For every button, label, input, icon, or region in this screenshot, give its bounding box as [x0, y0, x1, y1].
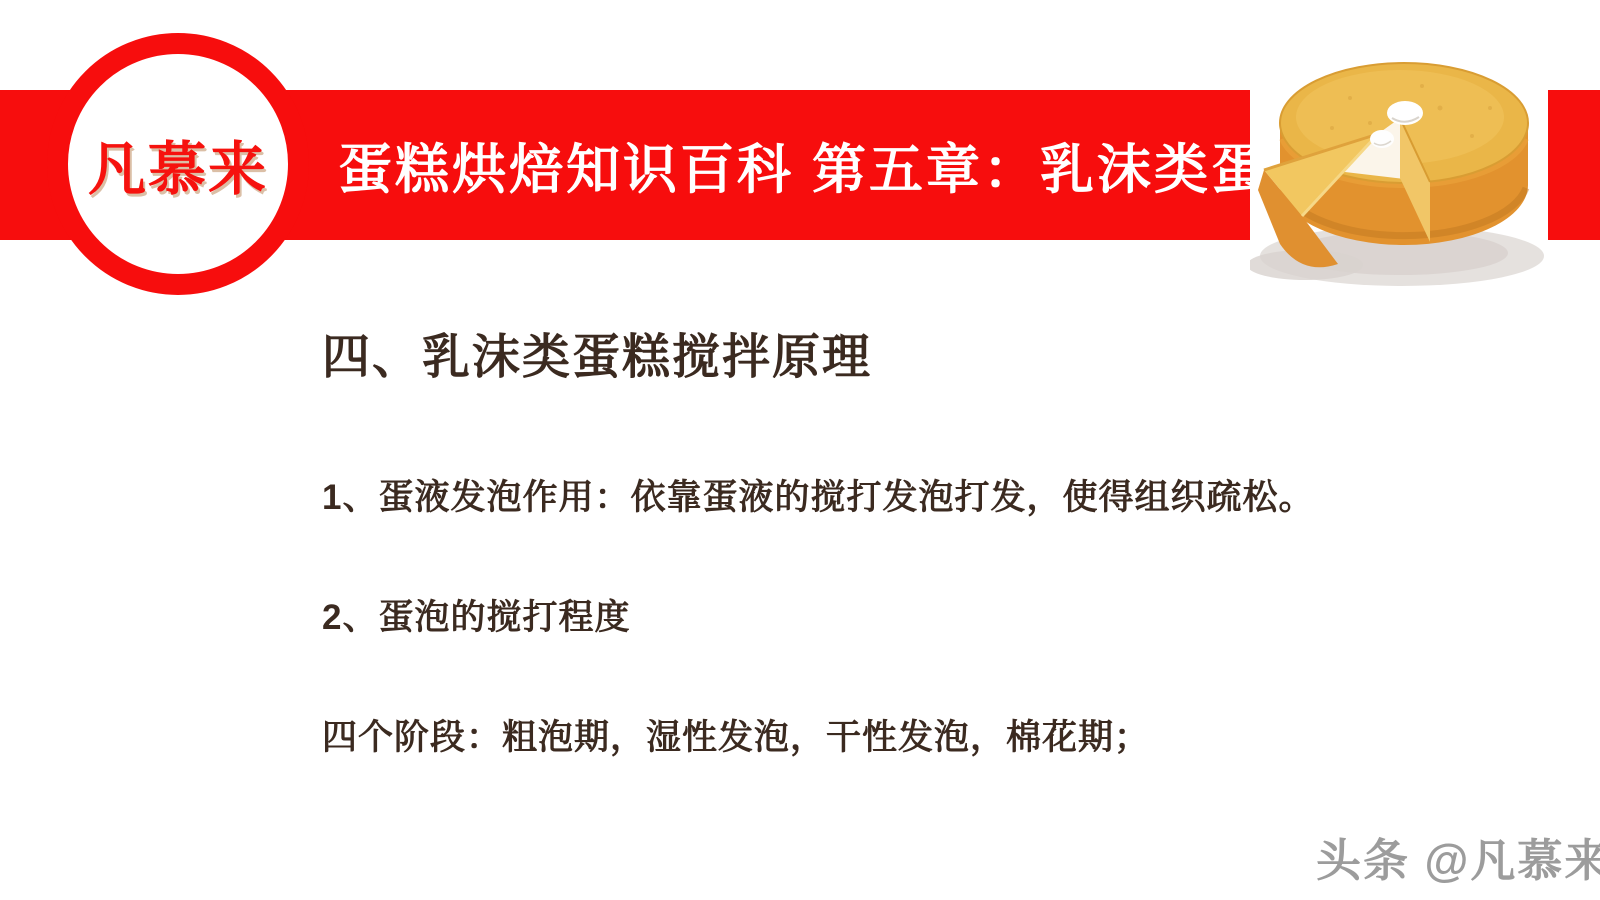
section-heading: 四、乳沫类蛋糕搅拌原理	[322, 318, 872, 387]
slide: 蛋糕烘焙知识百科 第五章：乳沫类蛋糕 凡慕来	[0, 0, 1600, 900]
sponge-cake-illustration	[1250, 28, 1548, 296]
paragraph-2: 2、蛋泡的搅打程度	[322, 590, 630, 640]
paragraph-3: 四个阶段：粗泡期，湿性发泡，干性发泡，棉花期；	[322, 710, 1150, 760]
cake-photo	[1250, 28, 1548, 296]
paragraph-1: 1、蛋液发泡作用：依靠蛋液的搅打发泡打发，使得组织疏松。	[322, 470, 1314, 520]
logo-text: 凡慕来	[88, 122, 268, 206]
watermark: 头条 @凡慕来	[1316, 824, 1600, 889]
banner-title: 蛋糕烘焙知识百科 第五章：乳沫类蛋糕	[338, 90, 1253, 240]
logo-circle: 凡慕来	[47, 33, 309, 295]
